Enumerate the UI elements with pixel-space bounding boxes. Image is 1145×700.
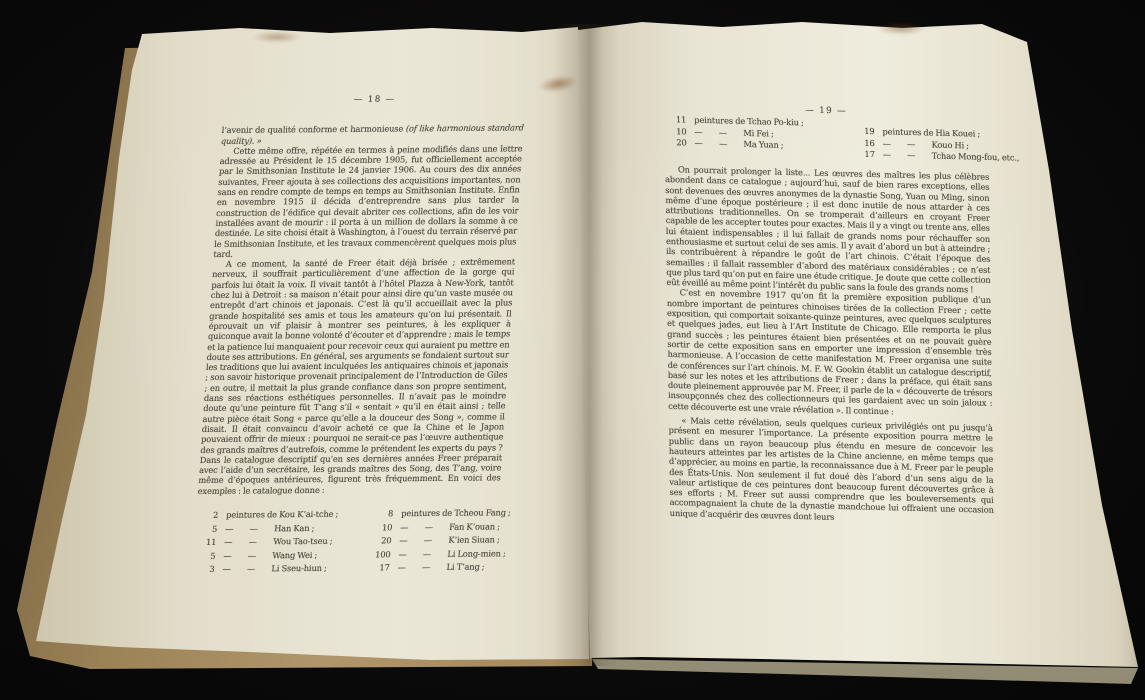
catalog-count: 100 xyxy=(363,548,399,562)
catalog-row: 20— — K’ien Siuan ; xyxy=(364,533,509,548)
catalog-count: 2 xyxy=(196,509,227,523)
catalog-column-1: 2peintures de Kou K’ai-tche ; 5— — Han K… xyxy=(192,507,367,576)
catalog-row: 3— — Li Sseu-hiun ; xyxy=(192,562,363,577)
catalog-column-1: 11peintures de Tchao Po-kiu ; 10— — Mi F… xyxy=(664,114,853,159)
right-page-text-block: — 19 — 11peintures de Tchao Po-kiu ; 10—… xyxy=(664,102,994,526)
catalog-row: 100— — Li Long-mien ; xyxy=(363,547,508,562)
catalog-count: 17 xyxy=(853,148,883,160)
catalog-list-right-page: 11peintures de Tchao Po-kiu ; 10— — Mi F… xyxy=(664,114,989,163)
paragraph-exposition: C’est en novembre 1917 qu’on fit la prem… xyxy=(667,287,993,418)
catalog-entry: — — Li Long-mien ; xyxy=(398,547,506,562)
catalog-entry: peintures de Tcheou Fang ; xyxy=(401,506,511,521)
catalog-entry: — — Li T’ang ; xyxy=(397,561,485,575)
catalog-entry: — — Han Kan ; xyxy=(225,522,315,536)
catalog-entry: — — Fan K’ouan ; xyxy=(400,520,500,534)
catalog-entry: peintures de Kou K’ai-tche ; xyxy=(226,508,339,523)
foxing-stain xyxy=(537,73,579,96)
catalog-row: 10— — Fan K’ouan ; xyxy=(365,520,510,535)
catalog-list-left-page: 2peintures de Kou K’ai-tche ; 5— — Han K… xyxy=(192,506,499,577)
catalog-entry: — — Li Sseu-hiun ; xyxy=(222,562,327,577)
catalog-count: 11 xyxy=(194,536,225,550)
foxing-stain xyxy=(876,22,926,35)
spine-gutter-shadow xyxy=(552,24,620,666)
catalog-entry: — — Wang Wei ; xyxy=(223,549,318,563)
paragraph-quote: « Mais cette révélation, seuls quelques … xyxy=(668,415,994,526)
catalog-count: 17 xyxy=(362,562,398,576)
catalog-count: 20 xyxy=(664,137,694,149)
catalog-count: 11 xyxy=(664,114,694,126)
book-photograph: — 18 — l’avenir de qualité conforme et h… xyxy=(0,0,1145,700)
catalog-entry: — — K’ien Siuan ; xyxy=(399,533,500,547)
catalog-row: 8peintures de Tcheou Fang ; xyxy=(366,506,511,521)
paragraph-continuation: l’avenir de qualité conforme et harmonie… xyxy=(221,123,525,146)
paragraph-list: On pourrait prolonger la liste... Les œu… xyxy=(665,164,991,295)
paragraph-offer: Cette même offre, répétée en termes à pe… xyxy=(213,143,523,259)
catalog-count: 20 xyxy=(364,534,400,548)
catalog-entry: — — Wou Tao-tseu ; xyxy=(224,535,333,550)
catalog-count: 10 xyxy=(664,125,694,137)
catalog-count: 8 xyxy=(366,507,402,521)
catalog-count: 5 xyxy=(193,549,224,563)
catalog-count: 10 xyxy=(365,521,401,535)
catalog-count: 19 xyxy=(852,126,882,138)
left-page-number: — 18 — xyxy=(223,93,526,106)
foxing-stain xyxy=(252,31,302,43)
continuation-text: l’avenir de qualité conforme et harmonie… xyxy=(221,124,406,136)
paragraph-moment: A ce moment, la santé de Freer était déj… xyxy=(197,257,515,496)
catalog-column-2: 19peintures de Hia Kouei ; 16— — Kouo Hi… xyxy=(852,126,1019,164)
catalog-count: 5 xyxy=(195,522,226,536)
catalog-column-2: 8peintures de Tcheou Fang ; 10— — Fan K’… xyxy=(362,506,511,575)
left-page-text-block: — 18 — l’avenir de qualité conforme et h… xyxy=(192,93,526,577)
catalog-row: 17— — Li T’ang ; xyxy=(362,561,507,576)
catalog-entry: — — Tchao Mong-fou, etc., xyxy=(883,149,1020,164)
catalog-entry: — — Ma Yuan ; xyxy=(695,137,784,150)
catalog-count: 16 xyxy=(853,137,883,149)
catalog-count: 3 xyxy=(192,563,223,577)
